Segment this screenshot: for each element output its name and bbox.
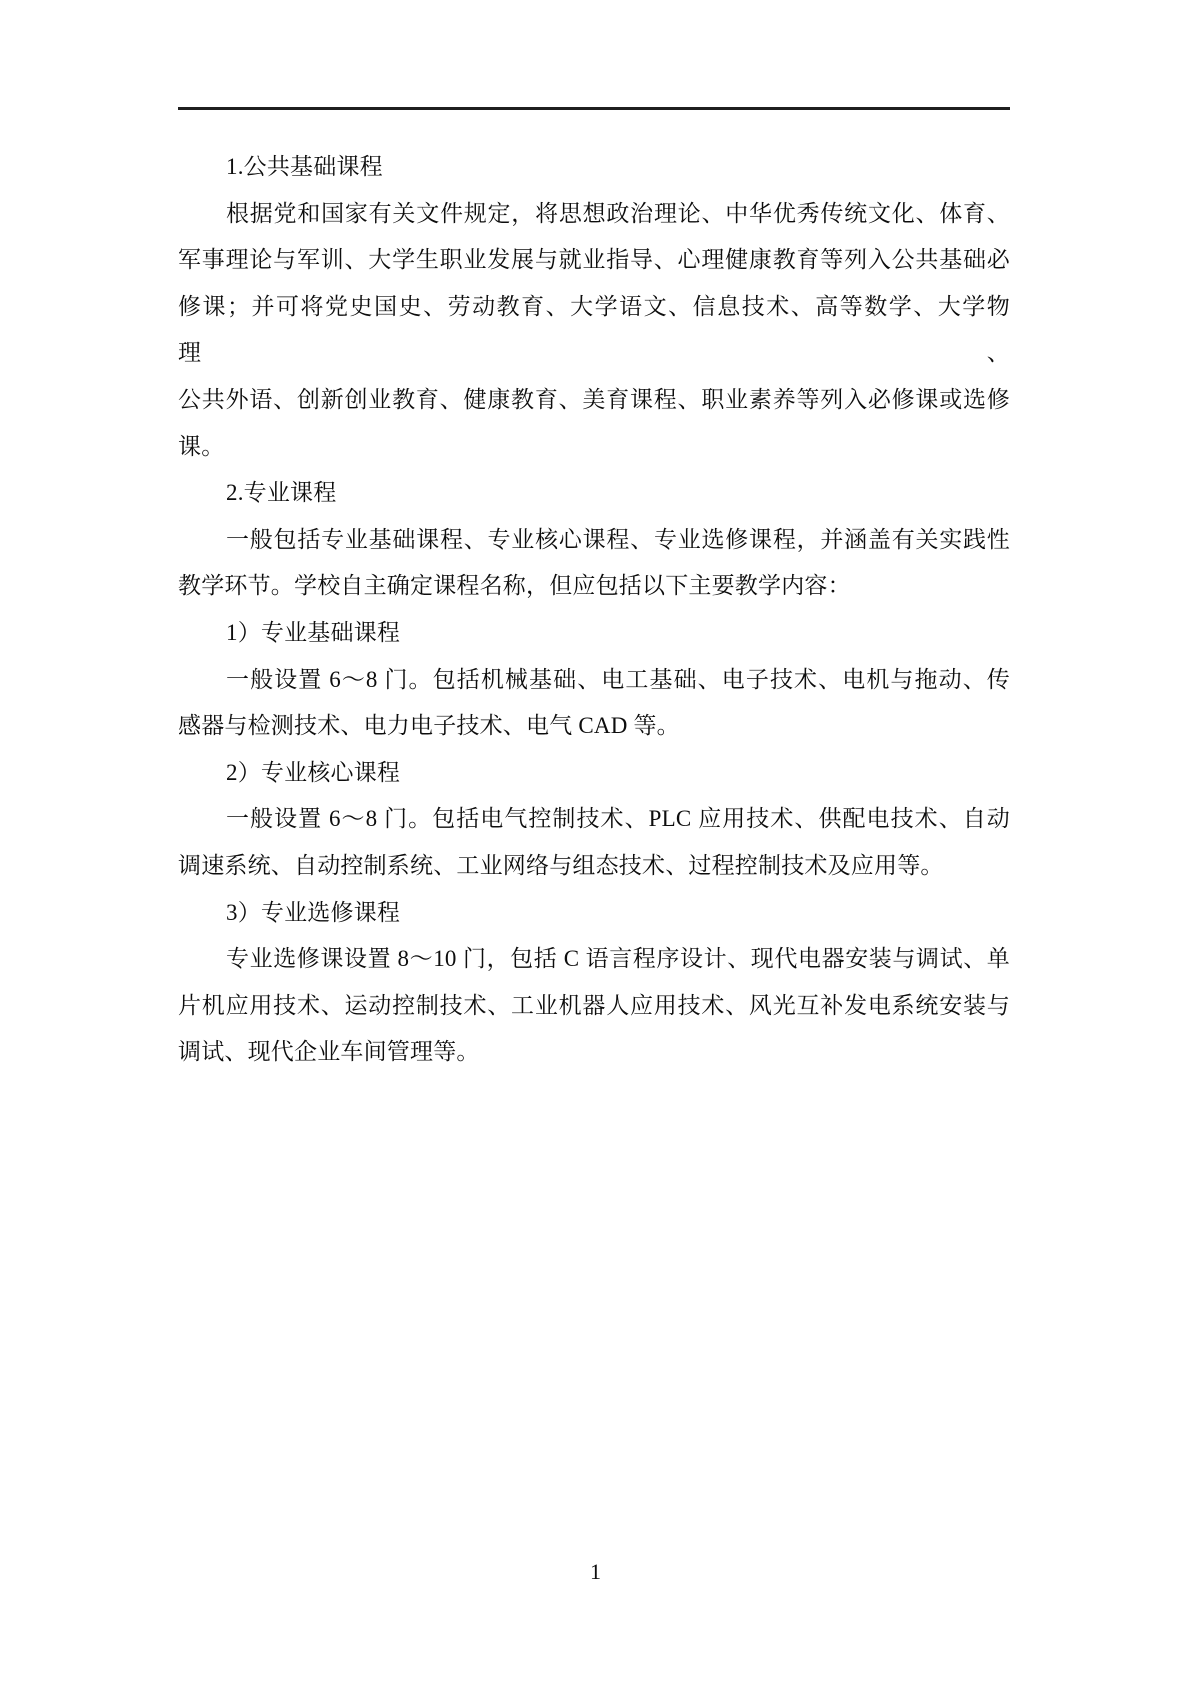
text-line: 课。 [178, 424, 1010, 471]
heading: 1.公共基础课程 [178, 144, 1010, 191]
text-line: 公共外语、创新创业教育、健康教育、美育课程、职业素养等列入必修课或选修 [178, 377, 1010, 424]
text-line: 调试、现代企业车间管理等。 [178, 1029, 1010, 1076]
paragraph: 一般设置 6～8 门。包括机械基础、电工基础、电子技术、电机与拖动、传感器与检测… [178, 657, 1010, 750]
paragraph: 一般设置 6～8 门。包括电气控制技术、PLC 应用技术、供配电技术、自动调速系… [178, 796, 1010, 889]
text-line: 片机应用技术、运动控制技术、工业机器人应用技术、风光互补发电系统安装与 [178, 983, 1010, 1030]
text-line: 一般设置 6～8 门。包括电气控制技术、PLC 应用技术、供配电技术、自动 [178, 796, 1010, 843]
page-number: 1 [0, 1558, 1191, 1586]
text-line: 1.公共基础课程 [178, 144, 1010, 191]
text-line: 一般设置 6～8 门。包括机械基础、电工基础、电子技术、电机与拖动、传 [178, 657, 1010, 704]
heading: 1）专业基础课程 [178, 610, 1010, 657]
heading: 3）专业选修课程 [178, 890, 1010, 937]
text-line: 调速系统、自动控制系统、工业网络与组态技术、过程控制技术及应用等。 [178, 843, 1010, 890]
text-line: 军事理论与军训、大学生职业发展与就业指导、心理健康教育等列入公共基础必 [178, 237, 1010, 284]
text-line: 1）专业基础课程 [178, 610, 1010, 657]
document-page: 1.公共基础课程根据党和国家有关文件规定，将思想政治理论、中华优秀传统文化、体育… [0, 0, 1191, 1684]
header-rule [178, 107, 1010, 110]
text-line: 2）专业核心课程 [178, 750, 1010, 797]
text-line: 专业选修课设置 8～10 门，包括 C 语言程序设计、现代电器安装与调试、单 [178, 936, 1010, 983]
text-line: 教学环节。学校自主确定课程名称，但应包括以下主要教学内容： [178, 563, 1010, 610]
paragraph: 专业选修课设置 8～10 门，包括 C 语言程序设计、现代电器安装与调试、单片机… [178, 936, 1010, 1076]
document-body: 1.公共基础课程根据党和国家有关文件规定，将思想政治理论、中华优秀传统文化、体育… [178, 144, 1010, 1076]
text-line: 修课；并可将党史国史、劳动教育、大学语文、信息技术、高等数学、大学物理、 [178, 284, 1010, 377]
text-line: 3）专业选修课程 [178, 890, 1010, 937]
text-line: 2.专业课程 [178, 470, 1010, 517]
paragraph: 一般包括专业基础课程、专业核心课程、专业选修课程，并涵盖有关实践性教学环节。学校… [178, 517, 1010, 610]
paragraph: 根据党和国家有关文件规定，将思想政治理论、中华优秀传统文化、体育、军事理论与军训… [178, 191, 1010, 471]
heading: 2）专业核心课程 [178, 750, 1010, 797]
text-line: 感器与检测技术、电力电子技术、电气 CAD 等。 [178, 703, 1010, 750]
text-line: 一般包括专业基础课程、专业核心课程、专业选修课程，并涵盖有关实践性 [178, 517, 1010, 564]
text-line: 根据党和国家有关文件规定，将思想政治理论、中华优秀传统文化、体育、 [178, 191, 1010, 238]
heading: 2.专业课程 [178, 470, 1010, 517]
